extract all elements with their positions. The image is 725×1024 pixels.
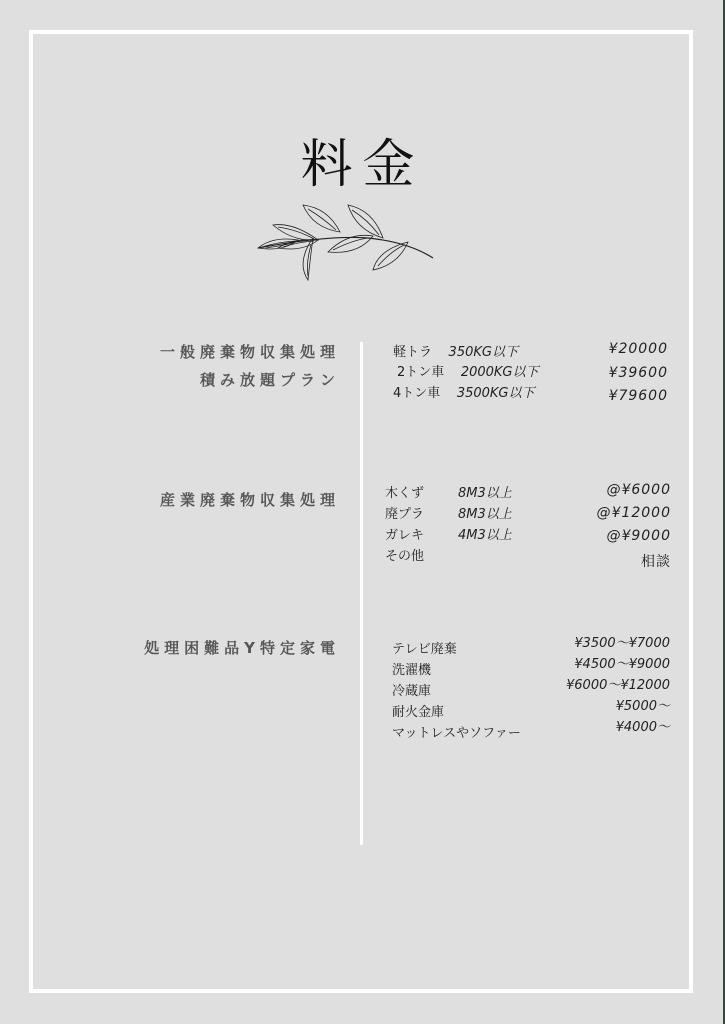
category-line: 積み放題プラン: [160, 366, 340, 394]
item-spec: 8M3以上: [458, 486, 512, 501]
item-name: 2トン車: [397, 365, 444, 380]
item-price: ¥4000〜: [616, 716, 670, 735]
list-item: 洗濯機: [392, 659, 431, 678]
item-price: ¥20000: [609, 341, 668, 357]
leaf-branch-icon: [248, 200, 438, 285]
category-industrial-waste: 産業廃棄物収集処理: [160, 486, 340, 514]
item-spec: 350KG以下: [449, 345, 518, 360]
list-item: その他: [385, 545, 424, 564]
item-name: 4トン車: [393, 386, 440, 401]
page-title: 料金: [0, 122, 725, 197]
item-name: 廃プラ: [385, 503, 458, 522]
item-spec: 4M3以上: [458, 528, 512, 543]
item-name: ガレキ: [385, 524, 458, 543]
item-spec: 2000KG以下: [461, 365, 539, 380]
item-price: ¥6000〜¥12000: [566, 674, 670, 693]
item-spec: 3500KG以下: [457, 386, 535, 401]
category-line: 処理困難品Y特定家電: [144, 634, 340, 662]
list-item: 木くず8M3以上: [385, 482, 512, 501]
item-price: ¥4500〜¥9000: [574, 653, 670, 672]
list-item: 冷蔵庫: [392, 680, 431, 699]
list-item: 軽トラ 350KG以下: [393, 341, 518, 360]
item-price: @¥12000: [597, 505, 671, 521]
item-price: 相談: [641, 551, 671, 571]
category-difficult-items: 処理困難品Y特定家電: [144, 634, 340, 662]
item-spec: 8M3以上: [458, 507, 512, 522]
item-name: 木くず: [385, 482, 458, 501]
item-price: ¥79600: [609, 388, 668, 404]
item-price: @¥6000: [606, 482, 671, 498]
item-price: ¥5000〜: [616, 695, 670, 714]
list-item: 耐火金庫: [392, 701, 444, 720]
column-divider: [360, 342, 363, 845]
item-name: その他: [385, 549, 424, 564]
category-line: 産業廃棄物収集処理: [160, 486, 340, 514]
category-general-waste: 一般廃棄物収集処理 積み放題プラン: [160, 338, 340, 394]
item-price: @¥9000: [606, 528, 671, 544]
item-price: ¥39600: [609, 365, 668, 381]
list-item: 4トン車 3500KG以下: [393, 382, 535, 401]
list-item: マットレスやソファー: [392, 722, 521, 741]
list-item: ガレキ4M3以上: [385, 524, 512, 543]
category-line: 一般廃棄物収集処理: [160, 338, 340, 366]
list-item: 廃プラ8M3以上: [385, 503, 512, 522]
list-item: 2トン車 2000KG以下: [397, 361, 539, 380]
list-item: テレビ廃棄: [392, 638, 457, 657]
item-price: ¥3500〜¥7000: [574, 632, 670, 651]
item-name: 軽トラ: [393, 345, 432, 360]
